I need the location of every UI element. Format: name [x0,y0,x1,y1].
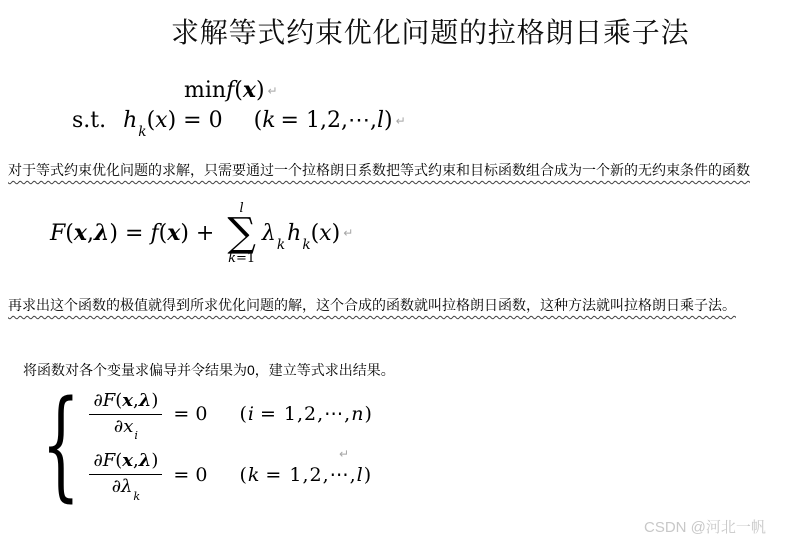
lambda-subscript: k [133,490,140,503]
cond-paren-open: ( [239,403,247,425]
cond-l-symbol: l [357,464,364,486]
partial-F: ∂F [93,450,115,471]
paren-open: ( [159,221,168,246]
cond-paren-close: ) [384,108,393,133]
cond-paren-close: ) [364,403,372,425]
fraction-numerator: ∂F(x,λ) [89,451,162,475]
cond-k-symbol: k [262,108,275,133]
csdn-watermark: CSDN @河北一帆 [644,516,766,537]
lambda-vector: λ [139,450,152,471]
partial-x: ∂x [114,416,133,437]
paren-open: ( [311,221,320,246]
cond-n-symbol: n [351,403,364,425]
paragraph-intro: 对于等式约束优化问题的求解，只需要通过一个拉格朗日系数把等式约束和目标函数组合成… [8,160,750,180]
paren-close: ) [180,221,189,246]
min-operator: min [184,78,226,103]
paren-close: ) [168,108,177,133]
h-subscript: k [302,237,310,253]
x-vector: x [122,390,133,411]
fraction-dF-dlambda: ∂F(x,λ) ∂λk [89,451,162,497]
paren-close: ) [151,390,158,411]
sum-lower-limit: k=1 [228,252,255,265]
subject-to-label: s.t. [72,108,106,133]
paragraph-return-icon: ↵ [268,84,278,98]
f-of-x-term: f(x) [150,220,188,246]
cond-sequence: = 1,2,⋯, [265,464,356,486]
equation-row-lambda: ∂F(x,λ) ∂λk = 0 (k= 1,2,⋯,l) [89,451,372,497]
x-vector: x [167,220,180,246]
cond-i-symbol: i [248,403,255,425]
paren-open: ( [147,108,156,133]
lagrangian-lhs: F(x,λ) [50,220,118,246]
page-title: 求解等式约束优化问题的拉格朗日乘子法 [171,11,689,51]
equals-zero: = 0 [173,464,207,486]
paren-close: ) [151,450,158,471]
summation-symbol: l ∑ k=1 [227,202,256,265]
lambda-symbol: λ [262,221,276,246]
cond-l-symbol: l [377,108,384,133]
condition-k: (k= 1,2,⋯,l) [239,464,372,486]
lambda-subscript: k [277,237,285,253]
x-subscript: i [134,429,138,442]
paren-close: ) [109,221,118,246]
cond-sequence: = 1,2,⋯, [281,108,377,133]
cond-paren-open: ( [254,108,263,133]
comma: , [87,221,94,246]
equals-zero: = 0 [183,108,222,133]
constraint-formula: s.t.hk(x)= 0(k= 1,2,⋯,l)↵ [72,108,406,133]
fraction-numerator: ∂F(x,λ) [89,391,162,415]
equation-system: { ∂F(x,λ) ∂xi = 0 (i= 1,2,⋯,n) ∂F(x,λ) ∂… [34,391,373,498]
fraction-dF-dx: ∂F(x,λ) ∂xi [89,391,162,437]
x-vector: x [74,220,87,246]
partial-F: ∂F [93,390,115,411]
h-symbol: h [123,108,137,133]
lambda-h-term: λkhk(x) [262,221,340,246]
left-brace-icon: { [41,385,79,504]
cond-sequence: = 1,2,⋯, [260,403,351,425]
f-symbol: f [150,221,158,246]
paragraph-return-icon: ↵ [343,226,353,240]
paren-open: ( [234,78,243,103]
lagrangian-formula: F(x,λ) = f(x) + l ∑ k=1 λkhk(x) ↵ [50,196,353,270]
paragraph-return-icon: ↵ [339,447,349,461]
paragraph-explanation: 再求出这个函数的极值就得到所求优化问题的解，这个合成的函数就叫拉格朗日函数，这种… [8,295,736,315]
h-symbol: h [287,221,301,246]
equals-zero: = 0 [173,403,207,425]
partial-lambda: ∂λ [112,476,133,497]
cond-paren-close: ) [364,464,372,486]
lambda-vector: λ [94,220,109,246]
x-symbol: x [155,108,167,133]
x-vector: x [243,77,256,103]
fraction-denominator: ∂λk [112,475,140,498]
equation-row-x: ∂F(x,λ) ∂xi = 0 (i= 1,2,⋯,n) [89,391,372,437]
paren-close: ) [256,78,265,103]
x-vector: x [122,450,133,471]
fraction-denominator: ∂xi [114,415,138,438]
f-symbol: f [226,78,234,103]
paragraph-return-icon: ↵ [396,114,406,128]
equals-sign: = [125,221,143,246]
x-symbol: x [319,221,331,246]
equation-column: ∂F(x,λ) ∂xi = 0 (i= 1,2,⋯,n) ∂F(x,λ) ∂λk… [89,391,372,498]
paren-close: ) [332,221,341,246]
sum-index: k [228,251,236,266]
cond-paren-open: ( [239,464,247,486]
plus-sign: + [196,221,214,246]
h-subscript: k [138,124,146,140]
sum-index-start: =1 [236,251,255,266]
condition-i: (i= 1,2,⋯,n) [239,403,372,425]
objective-formula: minf(x)↵ [184,77,278,103]
lambda-vector: λ [139,390,152,411]
document-page: 求解等式约束优化问题的拉格朗日乘子法 minf(x)↵ s.t.hk(x)= 0… [0,0,796,544]
cond-k-symbol: k [248,464,261,486]
paren-open: ( [65,221,74,246]
F-symbol: F [50,221,65,246]
sigma-icon: ∑ [227,216,256,250]
